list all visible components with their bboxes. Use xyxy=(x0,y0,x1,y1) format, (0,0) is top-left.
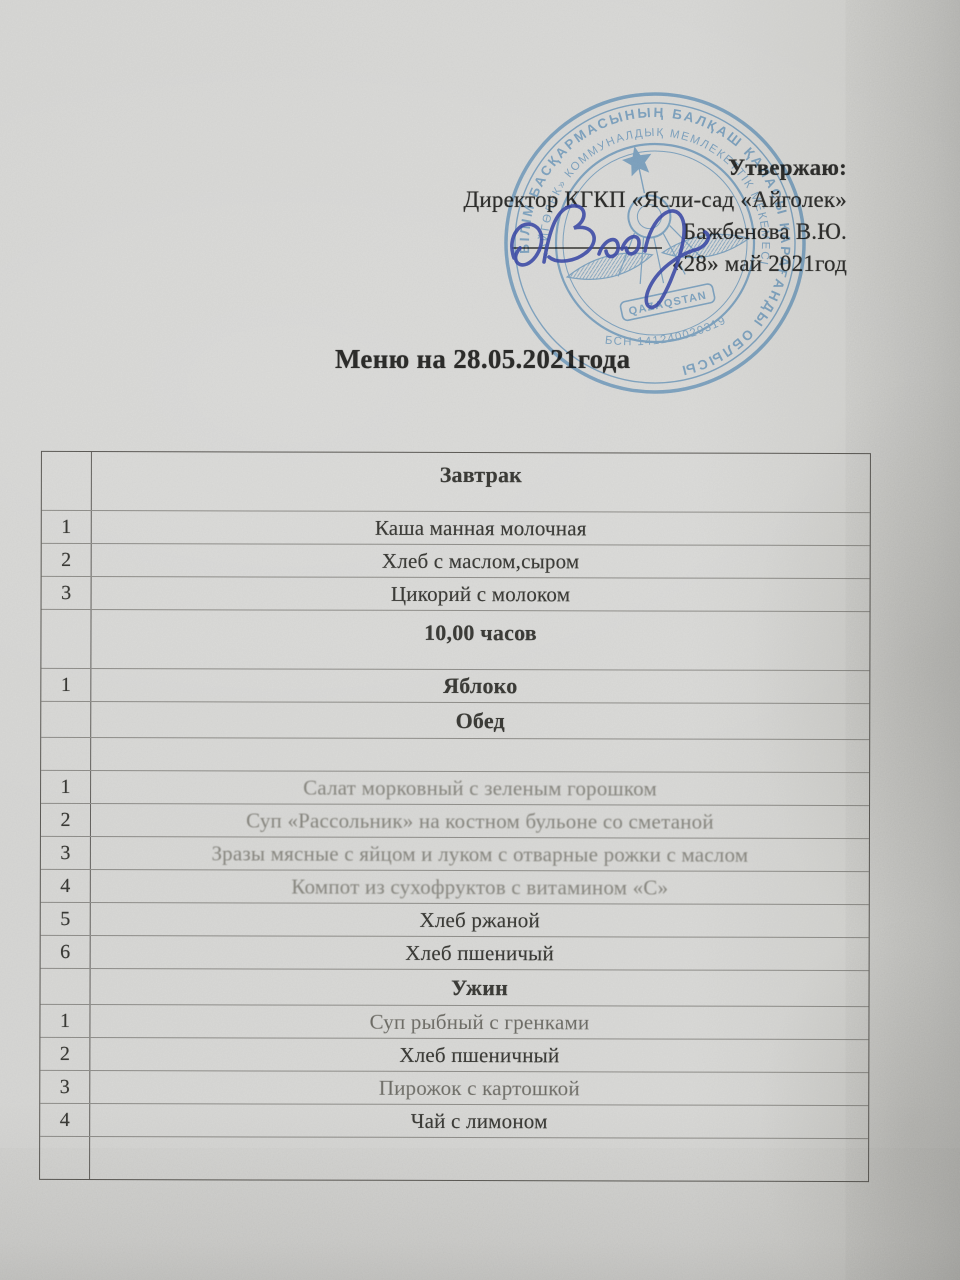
row-number: 1 xyxy=(42,511,92,543)
row-number xyxy=(41,738,91,770)
dish-name: Яблоко xyxy=(91,669,869,703)
dish-name: Чай с лимоном xyxy=(90,1104,868,1138)
row-number: 4 xyxy=(41,870,91,902)
dish-name: Каша манная молочная xyxy=(92,511,870,545)
dish-name: Хлеб с маслом,сыром xyxy=(92,544,870,578)
row-number: 1 xyxy=(41,771,91,803)
dish-name: Пирожок с картошкой xyxy=(90,1071,868,1105)
row-number xyxy=(41,610,91,668)
menu-row: 6Хлеб пшеничый xyxy=(41,936,869,971)
menu-row: Ужин xyxy=(41,969,869,1007)
menu-row: 3Цикорий с молоком xyxy=(42,577,870,612)
section-label xyxy=(90,1137,868,1181)
dish-name: Цикорий с молоком xyxy=(92,577,870,611)
row-number xyxy=(41,969,91,1004)
menu-row: Завтрак xyxy=(42,452,870,513)
menu-row: 1Каша манная молочная xyxy=(42,511,870,546)
row-number: 6 xyxy=(41,936,91,968)
menu-row: 10,00 часов xyxy=(41,610,869,671)
menu-row: 4Чай с лимоном xyxy=(40,1104,868,1139)
menu-row xyxy=(41,738,869,773)
signature-ink xyxy=(498,188,738,328)
row-number: 3 xyxy=(40,1071,90,1103)
menu-row: 2Хлеб пшеничный xyxy=(40,1038,868,1073)
row-number: 4 xyxy=(40,1104,90,1136)
dish-name: Хлеб пшеничый xyxy=(91,936,869,970)
dish-name: Суп «Рассольник» на костном бульоне со с… xyxy=(91,804,869,838)
menu-row: 1Салат морковный с зеленым горошком xyxy=(41,771,869,806)
section-label: Обед xyxy=(91,702,869,739)
row-number xyxy=(40,1137,90,1179)
dish-name: Компот из сухофруктов с витамином «С» xyxy=(91,870,869,904)
row-number: 2 xyxy=(40,1038,90,1070)
row-number: 2 xyxy=(41,804,91,836)
menu-row: 4Компот из сухофруктов с витамином «С» xyxy=(41,870,869,905)
dish-name: Хлеб пшеничный xyxy=(90,1038,868,1072)
row-number: 5 xyxy=(41,903,91,935)
section-label: Завтрак xyxy=(92,452,870,512)
dish-name: Суп рыбный с гренками xyxy=(90,1005,868,1039)
row-number: 2 xyxy=(42,544,92,576)
row-number: 3 xyxy=(41,837,91,869)
row-number xyxy=(42,452,92,510)
menu-row xyxy=(40,1137,868,1181)
menu-row: 2Суп «Рассольник» на костном бульоне со … xyxy=(41,804,869,839)
menu-row: 5Хлеб ржаной xyxy=(41,903,869,938)
dish-name: Хлеб ржаной xyxy=(91,903,869,937)
menu-row: 1Суп рыбный с гренками xyxy=(40,1005,868,1040)
scanned-menu-document: БІЛІМ БАСҚАРМАСЫНЫҢ БАЛҚАШ ҚАЛАСЫ ҚАРАҒА… xyxy=(0,0,960,1280)
section-label xyxy=(91,738,869,772)
row-number: 1 xyxy=(41,669,91,701)
menu-row: 1Яблоко xyxy=(41,669,869,704)
row-number: 3 xyxy=(42,577,92,609)
menu-row: 3Пирожок с картошкой xyxy=(40,1071,868,1106)
dish-name: Зразы мясные с яйцом и луком с отварные … xyxy=(91,837,869,871)
dish-name: Салат морковный с зеленым горошком xyxy=(91,771,869,805)
row-number xyxy=(41,702,91,737)
menu-row: 3Зразы мясные с яйцом и луком с отварные… xyxy=(41,837,869,872)
menu-table: Завтрак1Каша манная молочная2Хлеб с масл… xyxy=(39,451,871,1182)
menu-row: Обед xyxy=(41,702,869,740)
section-label: Ужин xyxy=(91,969,869,1006)
section-label: 10,00 часов xyxy=(91,610,869,670)
row-number: 1 xyxy=(40,1005,90,1037)
menu-row: 2Хлеб с маслом,сыром xyxy=(42,544,870,579)
